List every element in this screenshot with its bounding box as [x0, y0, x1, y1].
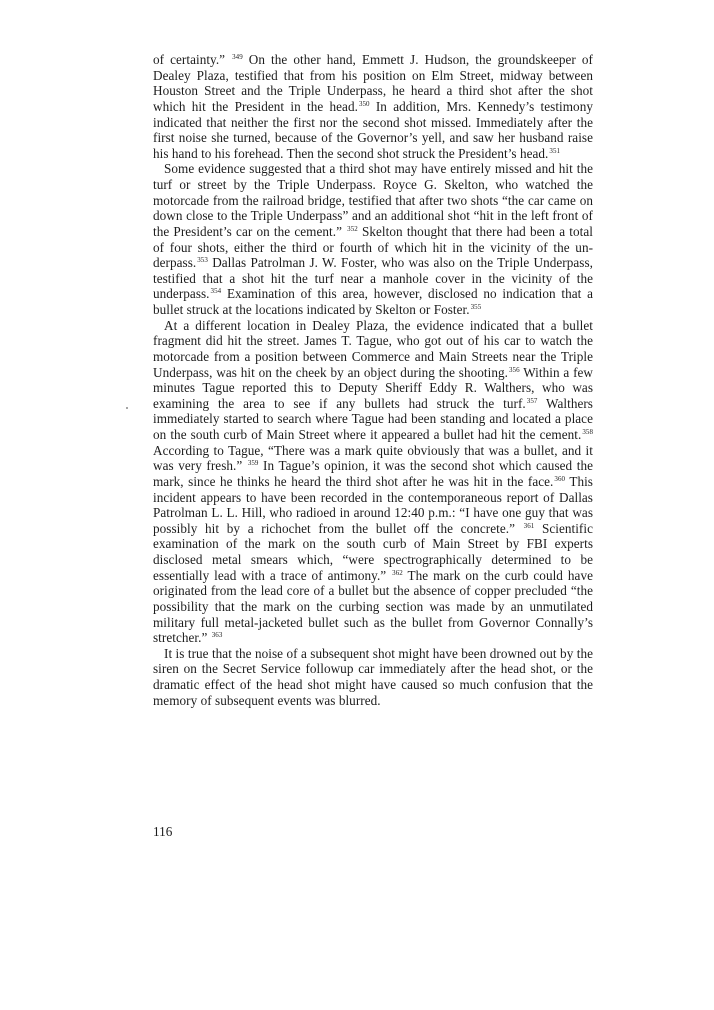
page-number: 116 [153, 824, 172, 840]
document-page-body: of certainty.” 349 On the other hand, Em… [153, 52, 593, 708]
footnote-ref: 356 [509, 366, 520, 374]
footnote-ref: 357 [527, 397, 538, 405]
footnote-ref: 363 [212, 631, 223, 639]
paragraph-skelton-foster: Some evidence suggested that a third sho… [153, 161, 593, 317]
scan-artifact-dot [126, 407, 128, 409]
footnote-ref: 353 [197, 256, 208, 264]
footnote-ref: 349 [232, 53, 243, 61]
footnote-ref: 362 [392, 569, 403, 577]
paragraph-hudson-kennedy: of certainty.” 349 On the other hand, Em… [153, 52, 593, 161]
footnote-ref: 360 [554, 475, 565, 483]
text-segment: of certainty.” [153, 52, 231, 67]
paragraph-tague: At a different location in Dealey Plaza,… [153, 318, 593, 646]
footnote-ref: 358 [582, 428, 593, 436]
paragraph-siren-confusion: It is true that the noise of a subsequen… [153, 646, 593, 709]
text-segment: It is true that the noise of a subsequen… [153, 646, 593, 708]
footnote-ref: 354 [211, 287, 222, 295]
footnote-ref: 350 [359, 100, 370, 108]
footnote-ref: 352 [347, 225, 358, 233]
footnote-ref: 351 [549, 147, 560, 155]
footnote-ref: 359 [248, 459, 259, 467]
footnote-ref: 355 [471, 303, 482, 311]
footnote-ref: 361 [524, 522, 535, 530]
